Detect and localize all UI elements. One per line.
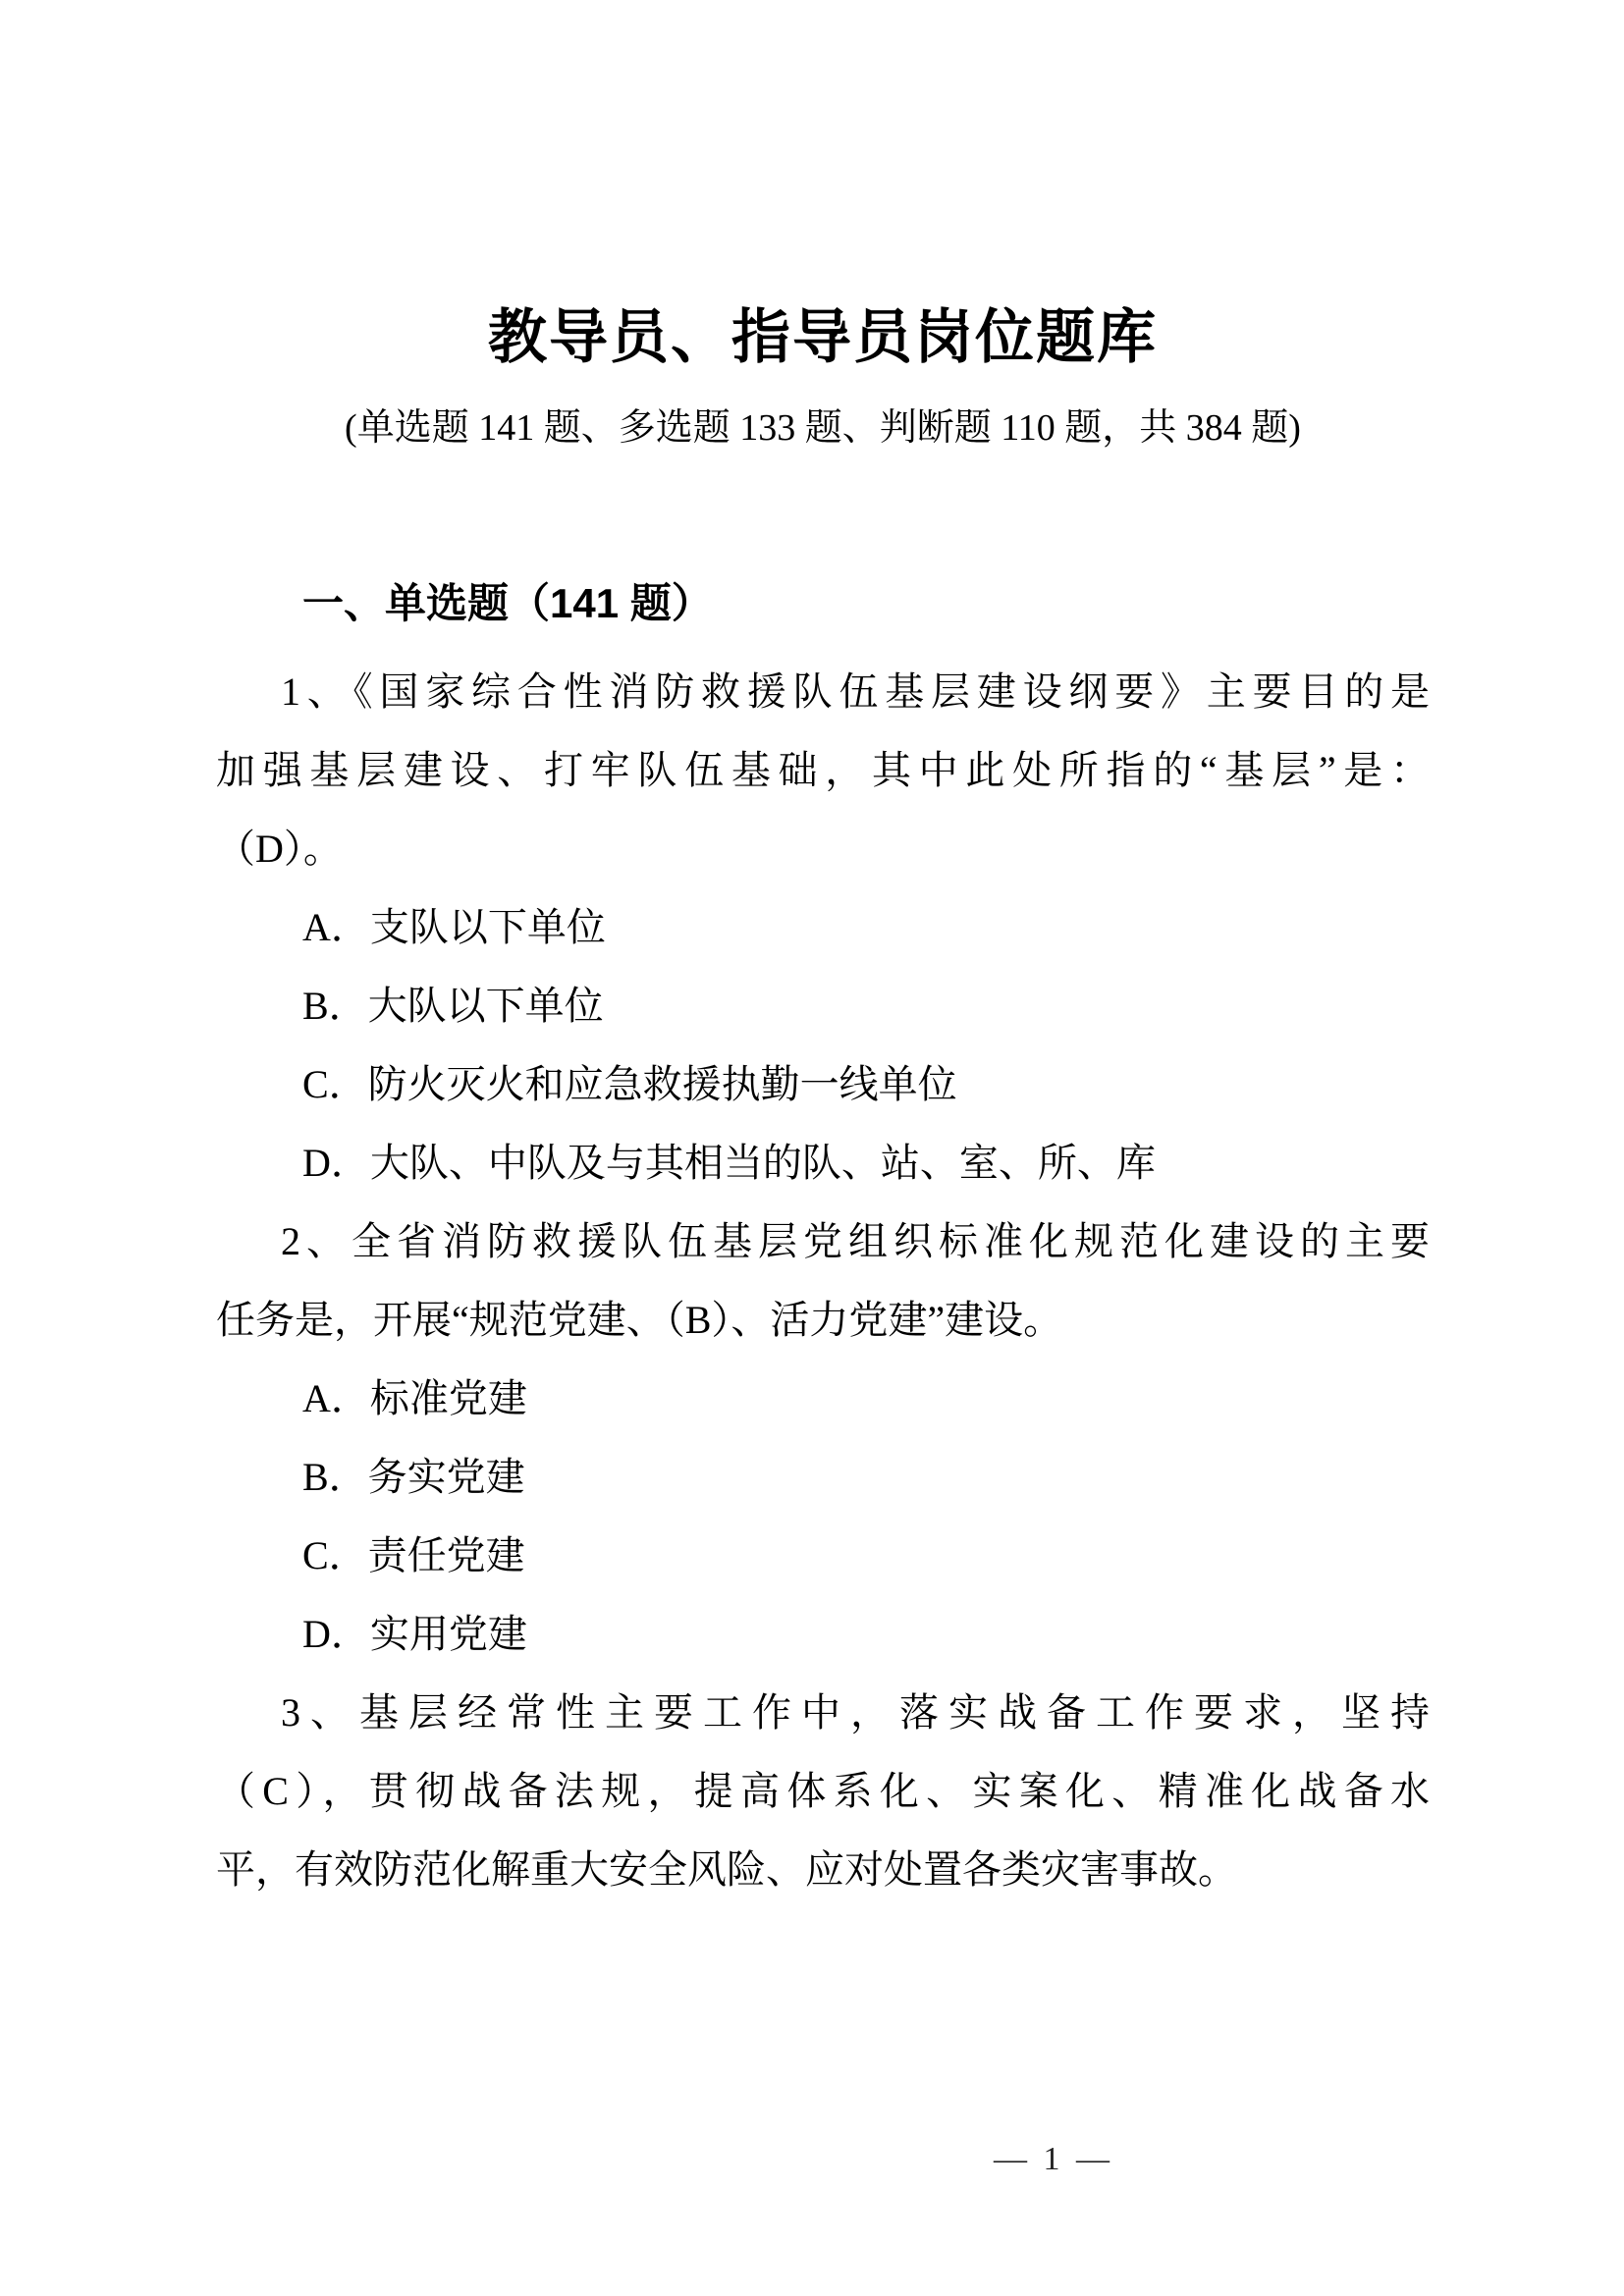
question-2-option-c: C．责任党建 (216, 1517, 1430, 1595)
doc-title: 教导员、指导员岗位题库 (216, 291, 1430, 385)
page-number: — 1 — (994, 2140, 1113, 2179)
question-1-option-a: A．支队以下单位 (216, 888, 1430, 967)
question-3-line-1: 3、基层经常性主要工作中，落实战备工作要求，坚持 (216, 1674, 1430, 1752)
question-2-option-a: A．标准党建 (216, 1360, 1430, 1438)
document-page: 教导员、指导员岗位题库 (单选题 141 题、多选题 133 题、判断题 110… (0, 0, 1624, 2296)
question-2: 2、全省消防救援队伍基层党组织标准化规范化建设的主要 任务是，开展“规范党建、（… (216, 1202, 1430, 1674)
doc-subtitle: (单选题 141 题、多选题 133 题、判断题 110 题，共 384 题) (216, 389, 1430, 467)
question-1-option-c: C．防火灭火和应急救援执勤一线单位 (216, 1045, 1430, 1124)
question-2-option-d: D．实用党建 (216, 1595, 1430, 1674)
question-1-line-2: 加强基层建设、打牢队伍基础，其中此处所指的“基层”是： (216, 731, 1430, 810)
question-1-option-d: D．大队、中队及与其相当的队、站、室、所、库 (216, 1124, 1430, 1202)
section-heading-single-choice: 一、单选题（141 题） (216, 564, 1430, 643)
question-2-line-1: 2、全省消防救援队伍基层党组织标准化规范化建设的主要 (216, 1202, 1430, 1281)
question-2-line-2: 任务是，开展“规范党建、（B）、活力党建”建设。 (216, 1281, 1430, 1360)
question-3: 3、基层经常性主要工作中，落实战备工作要求，坚持 （C），贯彻战备法规，提高体系… (216, 1674, 1430, 1909)
question-1: 1、《国家综合性消防救援队伍基层建设纲要》主要目的是 加强基层建设、打牢队伍基础… (216, 653, 1430, 1202)
question-2-option-b: B．务实党建 (216, 1438, 1430, 1517)
question-1-line-1: 1、《国家综合性消防救援队伍基层建设纲要》主要目的是 (216, 653, 1430, 731)
question-1-answer-line: （D）。 (216, 810, 1430, 888)
question-1-option-b: B．大队以下单位 (216, 967, 1430, 1045)
document-content: 教导员、指导员岗位题库 (单选题 141 题、多选题 133 题、判断题 110… (216, 0, 1430, 1909)
question-3-line-2: （C），贯彻战备法规，提高体系化、实案化、精准化战备水 (216, 1752, 1430, 1831)
question-3-line-3: 平，有效防范化解重大安全风险、应对处置各类灾害事故。 (216, 1831, 1430, 1909)
